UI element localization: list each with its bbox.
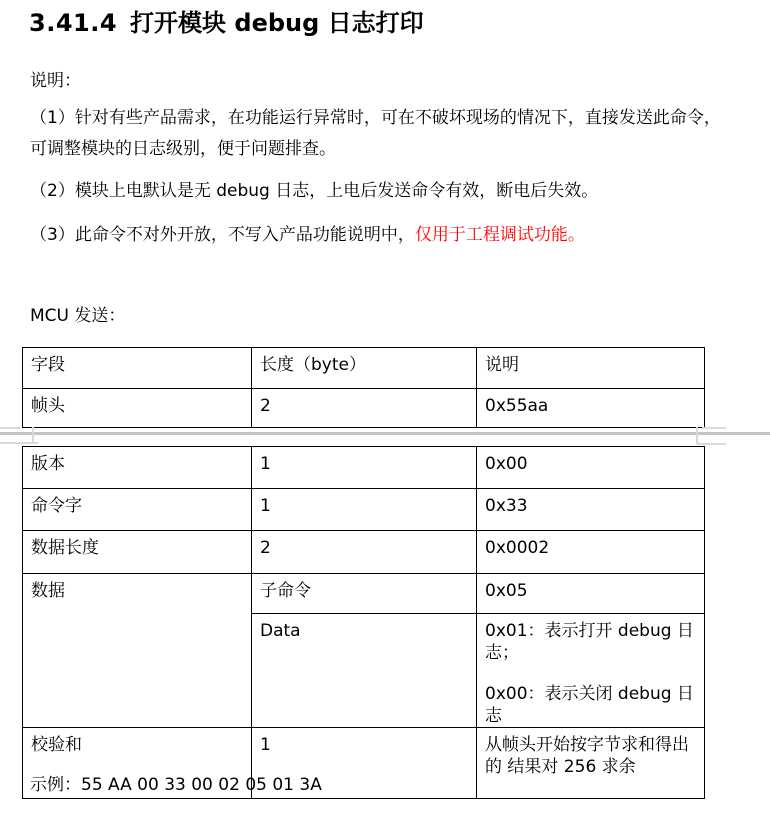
desc-line-off: 0x00：表示关闭 debug 日志: [485, 683, 698, 727]
cell-length: Data: [252, 614, 477, 728]
table-row-frame-header: 帧头 2 0x55aa: [23, 389, 705, 428]
cell-desc: 0x55aa: [477, 389, 705, 428]
note-3-text: （3）此命令不对外开放，不写入产品功能说明中，: [30, 225, 415, 245]
intro-label: 说明：: [30, 66, 81, 97]
page-break-band: [0, 432, 770, 435]
table-row-command: 命令字 1 0x33: [23, 489, 705, 531]
cell-length: 1: [252, 447, 477, 489]
cell-field: 数据长度: [23, 531, 252, 574]
cell-length: 1: [252, 489, 477, 531]
cell-field: 帧头: [23, 389, 252, 428]
cell-field-merged: 数据: [23, 574, 252, 728]
page-break-line-bottom-right: [697, 443, 726, 445]
note-3: （3）此命令不对外开放，不写入产品功能说明中，仅用于工程调试功能。: [30, 220, 752, 251]
section-number: 3.41.4: [29, 9, 117, 37]
section-title: 打开模块 debug 日志打印: [130, 9, 424, 37]
mcu-frame-table-part2: 版本 1 0x00 命令字 1 0x33 数据长度 2 0x0002 数据 子命…: [22, 446, 705, 799]
header-field: 字段: [23, 348, 252, 389]
header-desc: 说明: [477, 348, 705, 389]
header-length: 长度（byte）: [252, 348, 477, 389]
note-1: （1）针对有些产品需求，在功能运行异常时，可在不破坏现场的情况下，直接发送此命令…: [30, 103, 752, 165]
note-3-highlight: 仅用于工程调试功能。: [415, 225, 585, 245]
desc-line-on: 0x01：表示打开 debug 日志；: [485, 620, 698, 664]
page-break-margin-right: [696, 427, 698, 444]
table-row-data-length: 数据长度 2 0x0002: [23, 531, 705, 574]
note-2: （2）模块上电默认是无 debug 日志，上电后发送命令有效，断电后失效。: [30, 176, 752, 207]
cell-desc: 0x05: [477, 574, 705, 614]
cell-length: 2: [252, 531, 477, 574]
table-row-version: 版本 1 0x00: [23, 447, 705, 489]
cell-desc: 0x00: [477, 447, 705, 489]
cell-desc: 0x01：表示打开 debug 日志； 0x00：表示关闭 debug 日志: [477, 614, 705, 728]
page-break-margin-left: [32, 427, 34, 444]
mcu-send-label: MCU 发送：: [30, 301, 125, 332]
page-break-line-top-right: [702, 427, 726, 429]
document-page: 3.41.4打开模块 debug 日志打印 说明： （1）针对有些产品需求，在功…: [0, 0, 770, 818]
cell-length: 子命令: [252, 574, 477, 614]
example-line: 示例：55 AA 00 33 00 02 05 01 3A: [30, 773, 322, 797]
page-break-line-top-left: [0, 427, 20, 429]
mcu-frame-table-part1: 字段 长度（byte） 说明 帧头 2 0x55aa: [22, 347, 705, 428]
table-row-data-subcommand: 数据 子命令 0x05: [23, 574, 705, 614]
table-header-row: 字段 长度（byte） 说明: [23, 348, 705, 389]
section-heading: 3.41.4打开模块 debug 日志打印: [29, 8, 424, 38]
cell-field: 命令字: [23, 489, 252, 531]
cell-desc: 0x0002: [477, 531, 705, 574]
cell-desc: 从帧头开始按字节求和得出的 结果对 256 求余: [477, 728, 705, 799]
cell-desc: 0x33: [477, 489, 705, 531]
cell-field: 版本: [23, 447, 252, 489]
cell-length: 2: [252, 389, 477, 428]
